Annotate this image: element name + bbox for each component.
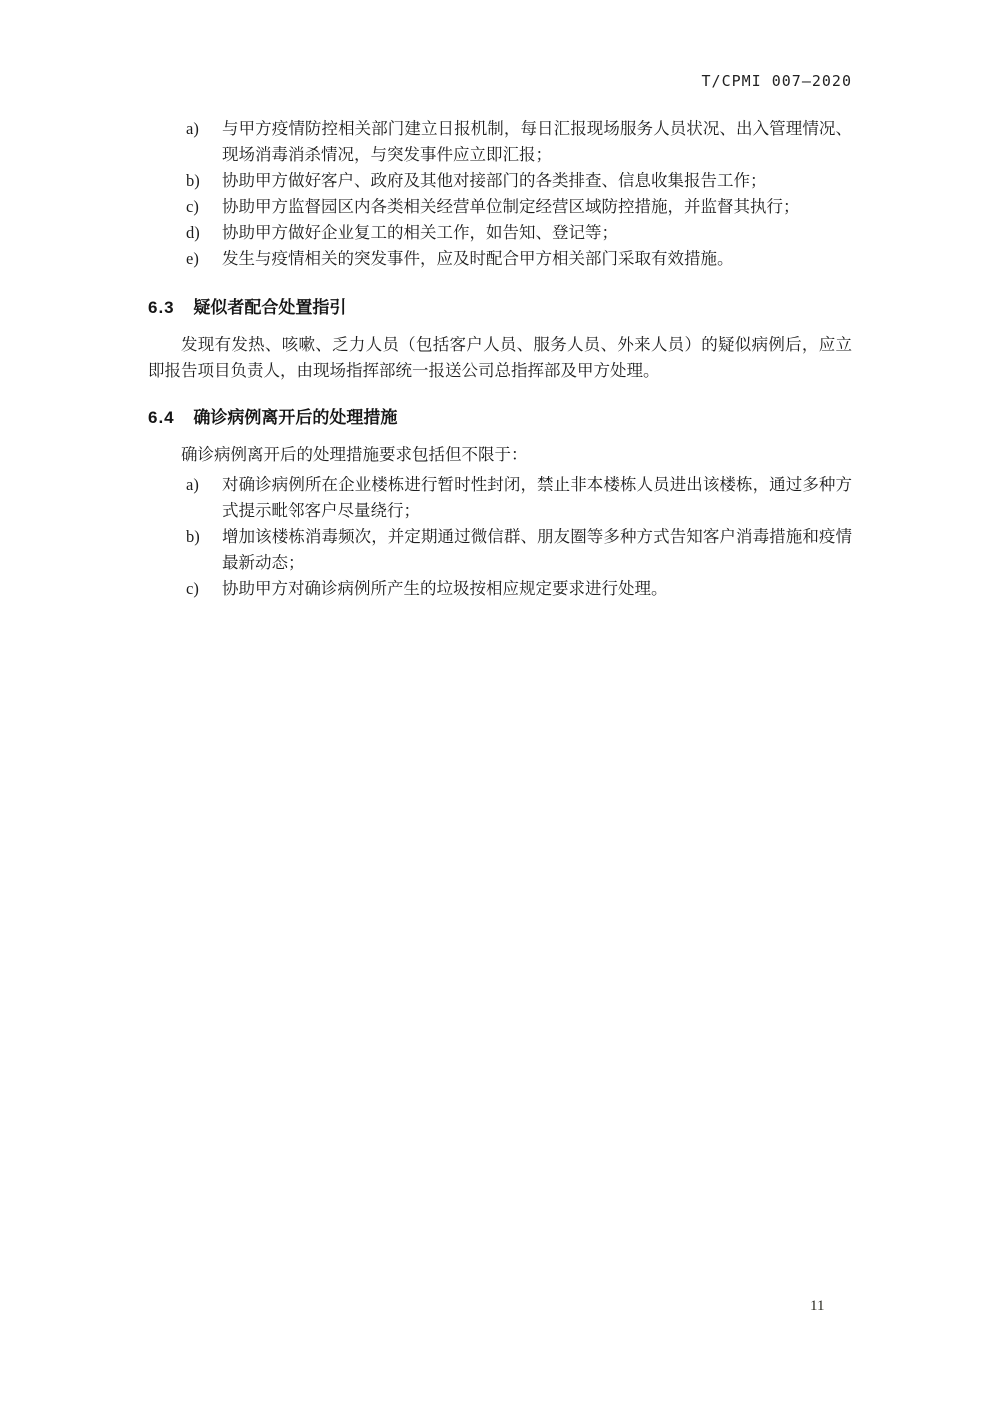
list-item: c) 协助甲方监督园区内各类相关经营单位制定经营区域防控措施，并监督其执行； [186,194,852,220]
list-item-text: 协助甲方做好企业复工的相关工作，如告知、登记等； [222,220,852,246]
list-item-label: c) [186,576,222,602]
section-number: 6.3 [148,296,175,320]
list-item: a) 与甲方疫情防控相关部门建立日报机制，每日汇报现场服务人员状况、出入管理情况… [186,116,852,168]
section-heading-6-4: 6.4 确诊病例离开后的处理措施 [148,406,852,430]
page-header: T/CPMI 007—2020 [148,72,852,91]
list-daily-report-duties: a) 与甲方疫情防控相关部门建立日报机制，每日汇报现场服务人员状况、出入管理情况… [148,116,852,272]
list-item: a) 对确诊病例所在企业楼栋进行暂时性封闭，禁止非本楼栋人员进出该楼栋，通过多种… [186,472,852,524]
document-page: T/CPMI 007—2020 a) 与甲方疫情防控相关部门建立日报机制，每日汇… [0,0,1000,1415]
list-confirmed-case-measures: a) 对确诊病例所在企业楼栋进行暂时性封闭，禁止非本楼栋人员进出该楼栋，通过多种… [148,472,852,602]
list-item-text: 协助甲方对确诊病例所产生的垃圾按相应规定要求进行处理。 [222,576,852,602]
list-item: d) 协助甲方做好企业复工的相关工作，如告知、登记等； [186,220,852,246]
document-code: T/CPMI 007—2020 [702,72,852,90]
list-item-label: a) [186,472,222,498]
list-item-text: 协助甲方监督园区内各类相关经营单位制定经营区域防控措施，并监督其执行； [222,194,852,220]
list-item-label: a) [186,116,222,142]
section-6-3-paragraph: 发现有发热、咳嗽、乏力人员（包括客户人员、服务人员、外来人员）的疑似病例后，应立… [148,332,852,384]
list-item-text: 对确诊病例所在企业楼栋进行暂时性封闭，禁止非本楼栋人员进出该楼栋，通过多种方式提… [222,472,852,524]
section-6-4-intro-paragraph: 确诊病例离开后的处理措施要求包括但不限于： [148,442,852,468]
list-item-text: 协助甲方做好客户、政府及其他对接部门的各类排查、信息收集报告工作； [222,168,852,194]
list-item-label: b) [186,168,222,194]
section-heading-6-3: 6.3 疑似者配合处置指引 [148,296,852,320]
list-item: b) 协助甲方做好客户、政府及其他对接部门的各类排查、信息收集报告工作； [186,168,852,194]
list-item-label: b) [186,524,222,550]
list-item-text: 增加该楼栋消毒频次，并定期通过微信群、朋友圈等多种方式告知客户消毒措施和疫情最新… [222,524,852,576]
section-number: 6.4 [148,406,175,430]
list-item-label: d) [186,220,222,246]
list-item: c) 协助甲方对确诊病例所产生的垃圾按相应规定要求进行处理。 [186,576,852,602]
list-item-text: 与甲方疫情防控相关部门建立日报机制，每日汇报现场服务人员状况、出入管理情况、现场… [222,116,852,168]
page-number: 11 [810,1298,824,1315]
list-item-label: c) [186,194,222,220]
list-item-label: e) [186,246,222,272]
list-item: b) 增加该楼栋消毒频次，并定期通过微信群、朋友圈等多种方式告知客户消毒措施和疫… [186,524,852,576]
section-title: 确诊病例离开后的处理措施 [193,408,397,427]
list-item: e) 发生与疫情相关的突发事件，应及时配合甲方相关部门采取有效措施。 [186,246,852,272]
document-content: a) 与甲方疫情防控相关部门建立日报机制，每日汇报现场服务人员状况、出入管理情况… [148,116,852,602]
section-title: 疑似者配合处置指引 [193,298,346,317]
list-item-text: 发生与疫情相关的突发事件，应及时配合甲方相关部门采取有效措施。 [222,246,852,272]
